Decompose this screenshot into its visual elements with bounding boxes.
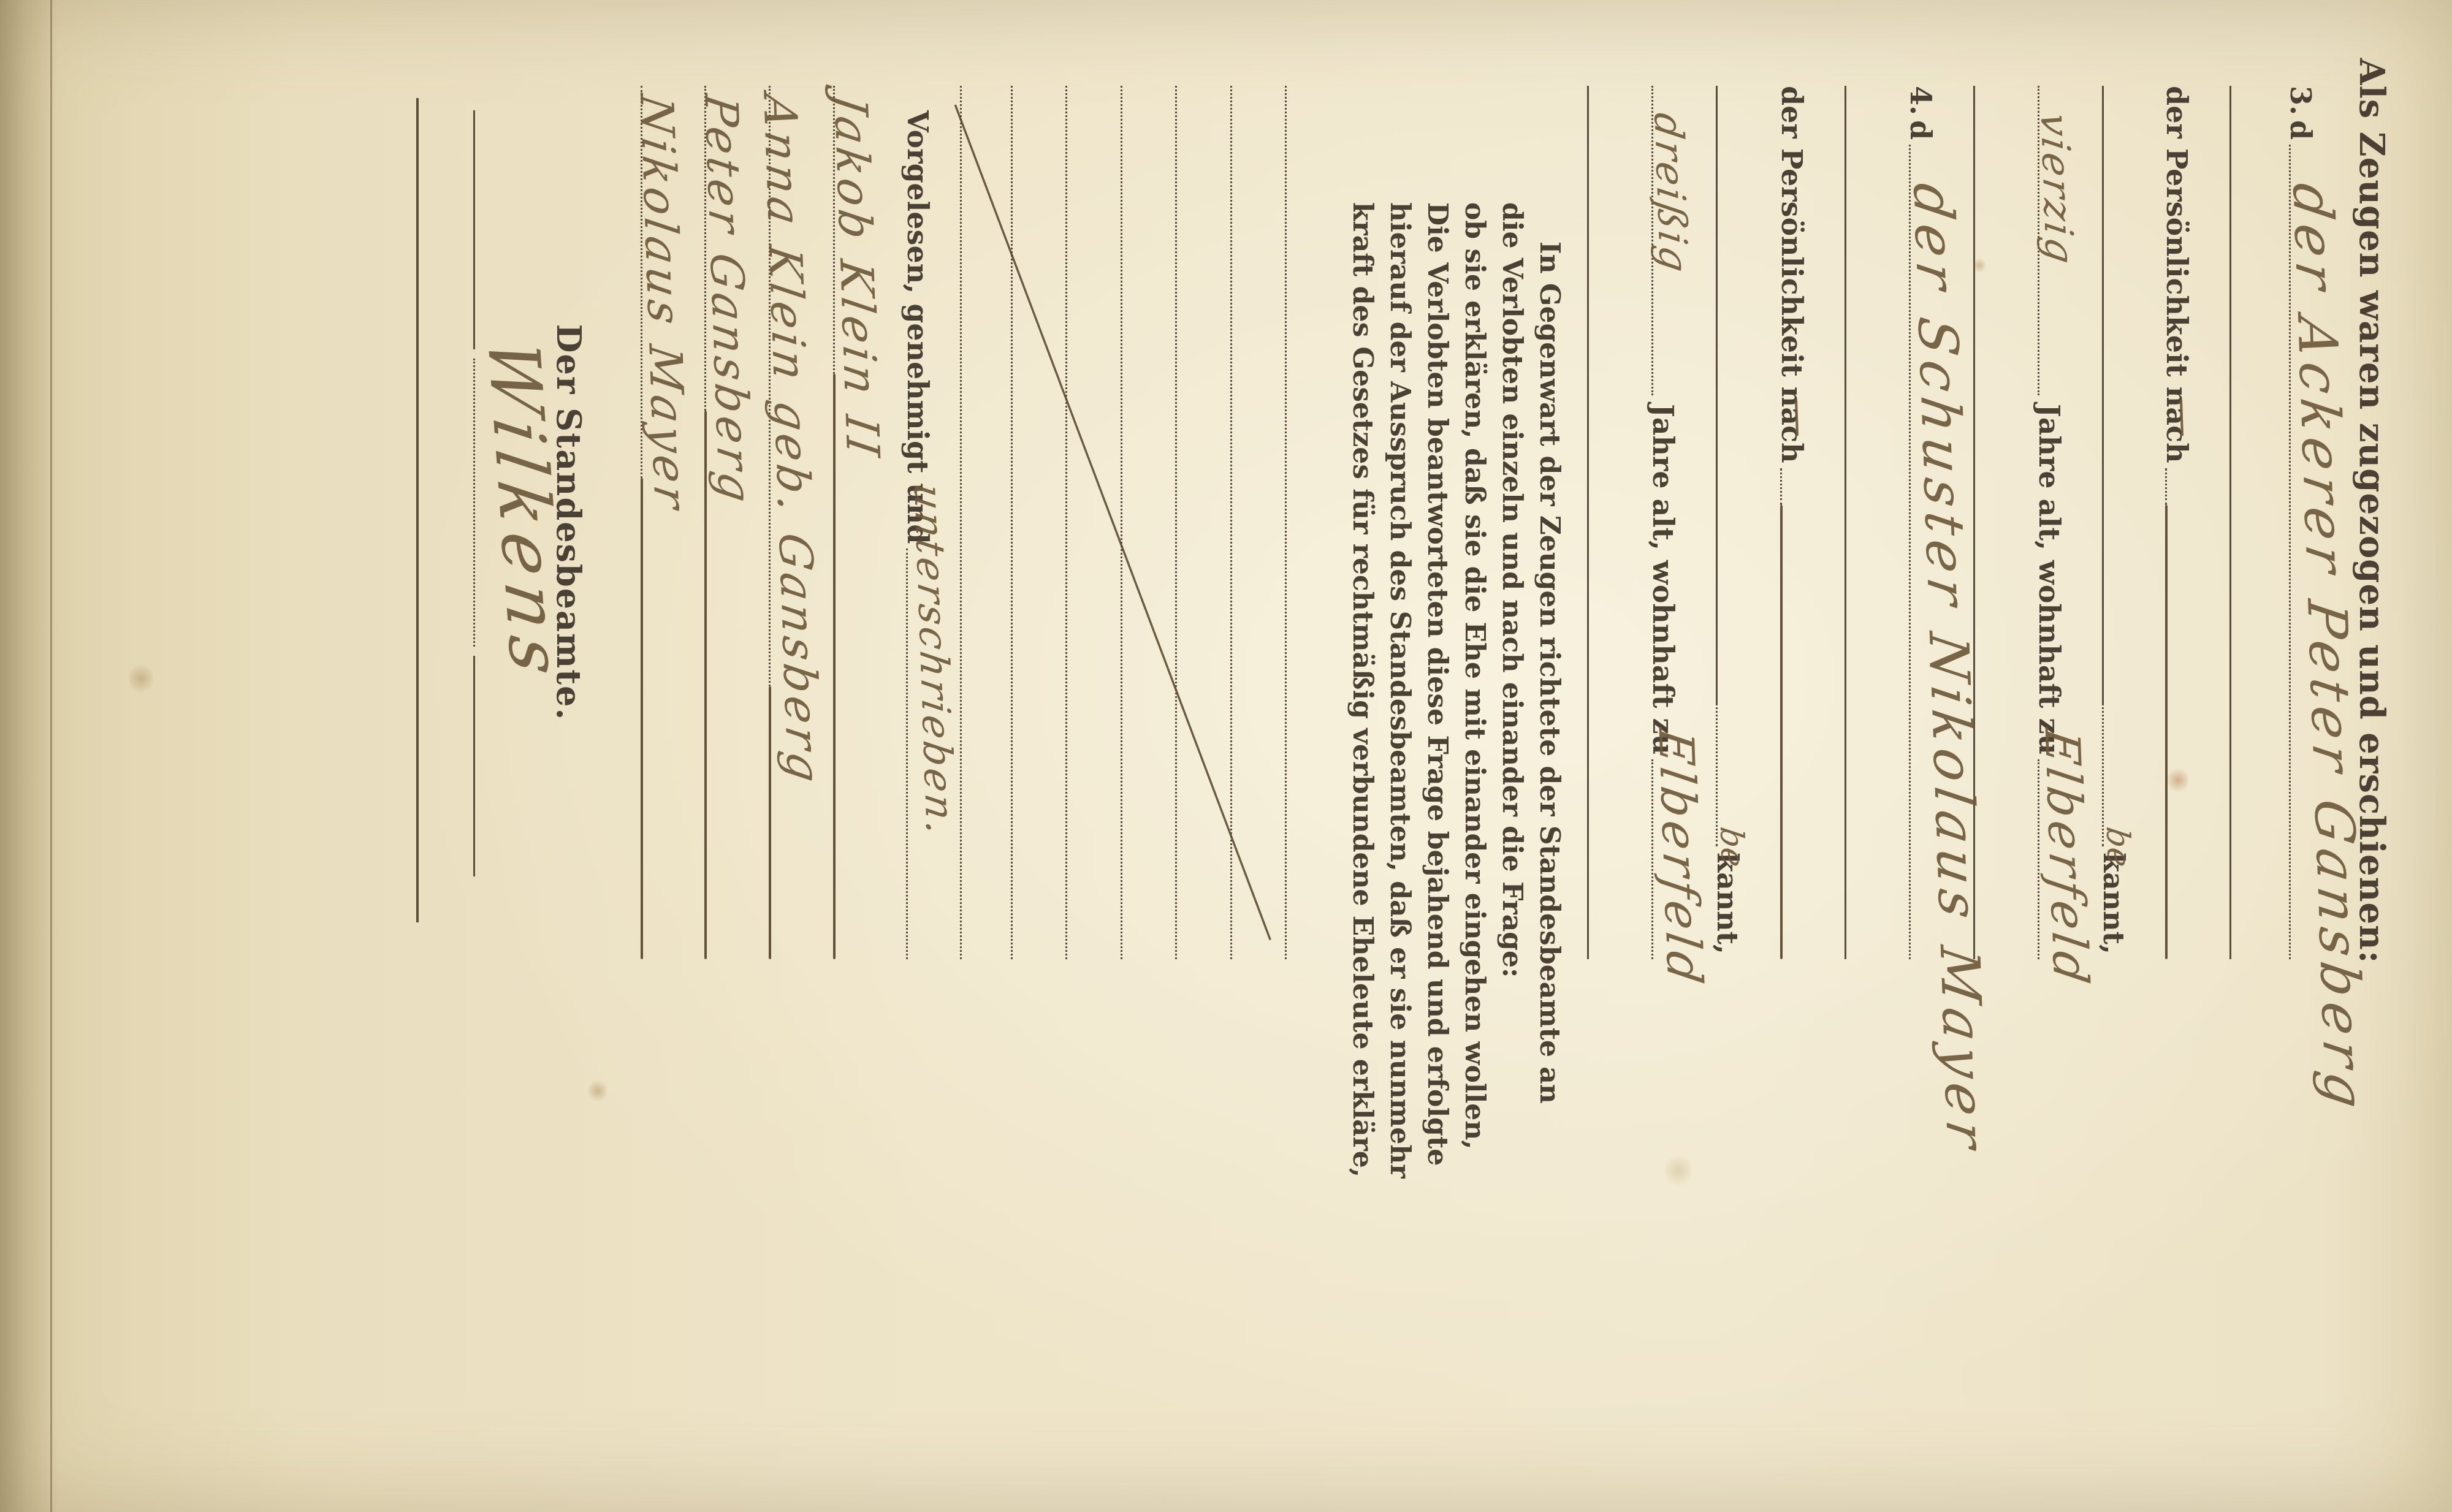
empty-dotted-line — [1173, 86, 1218, 959]
document-page-rotated: Als Zeugen waren zugezogen und erschiene… — [0, 0, 2452, 1512]
solid-rule — [2102, 86, 2104, 703]
witness4-number: 4. — [1906, 86, 1935, 120]
paper-stain — [1665, 1152, 1692, 1189]
witness3-place-handwriting: Elberfeld — [2033, 726, 2098, 990]
witness3-kannt-prefix-handwriting: be — [2099, 825, 2138, 870]
dotted-rule — [1011, 86, 1013, 959]
paper-edge-line — [50, 0, 52, 1512]
dotted-rule — [1230, 86, 1232, 959]
witness4-age-label: Jahre alt, wohnhaft zu — [1649, 395, 1677, 759]
witness3-blank-rule — [2227, 86, 2272, 959]
witness3-age-handwriting: vierzig — [2031, 110, 2082, 269]
witness4-age-handwriting: dreißig — [1645, 110, 1696, 277]
witness4-place-handwriting: Elberfeld — [1647, 726, 1711, 990]
empty-dotted-line — [1118, 86, 1163, 959]
solid-rule — [473, 110, 475, 349]
hand-drawn-rule — [704, 411, 707, 959]
solid-rule — [1716, 86, 1718, 703]
witness4-article: d — [1906, 120, 1935, 145]
witness4-blank-rule — [1842, 86, 1887, 959]
hand-drawn-fill-line — [2165, 505, 2168, 959]
dotted-leader — [1780, 468, 1782, 505]
witness4-kannt-prefix-handwriting: be — [1713, 825, 1751, 870]
dotted-rule — [1175, 86, 1177, 959]
empty-dotted-line — [1228, 86, 1273, 959]
witness3-fill-handwriting: — — [2161, 395, 2208, 443]
witness3-article: d — [2286, 120, 2315, 145]
declaration-line: Die Verlobten beantworteten diese Frage … — [1418, 202, 1456, 999]
witness4-persoenlichkeit-line: der Persönlichkeit nach — [1778, 86, 1823, 959]
dotted-rule — [1121, 86, 1122, 959]
paper-stain — [129, 662, 153, 695]
witness3-age-label: Jahre alt, wohnhaft zu — [2035, 395, 2063, 759]
declaration-paragraph: In Gegenwart der Zeugen richtete der Sta… — [1344, 202, 1568, 999]
empty-dotted-line — [1063, 86, 1108, 959]
solid-rule — [2229, 86, 2231, 959]
dotted-rule — [906, 549, 908, 959]
hand-drawn-rule — [641, 478, 643, 959]
dotted-rule — [1285, 86, 1287, 959]
hand-drawn-rule — [833, 374, 836, 959]
scanned-register-page: Als Zeugen waren zugezogen und erschiene… — [0, 0, 2452, 1512]
bottom-rule — [414, 98, 459, 922]
dotted-leader — [2165, 468, 2167, 505]
hand-drawn-rule — [769, 686, 771, 959]
empty-dotted-line — [1282, 86, 1328, 959]
dotted-rule — [473, 359, 475, 647]
declaration-line: hierauf der Ausspruch des Standesbeamten… — [1381, 202, 1418, 999]
witness4-end-rule — [1585, 86, 1630, 959]
hand-drawn-fill-line — [1780, 505, 1783, 959]
paper-edge-shadow — [0, 0, 58, 1512]
signature-bride: Anna Klein geb. Gansberg — [753, 91, 830, 789]
dotted-rule — [1065, 86, 1067, 959]
declaration-line: kraft des Gesetzes für rechtmäßig verbun… — [1344, 202, 1381, 999]
declaration-line: In Gegenwart der Zeugen richtete der Sta… — [1531, 202, 1568, 999]
registrar-signature-line — [471, 110, 516, 883]
witness3-number: 3. — [2286, 86, 2315, 120]
solid-rule — [416, 98, 419, 922]
witness4-fill-handwriting: — — [1776, 395, 1823, 443]
empty-dotted-line — [1008, 86, 1054, 959]
witness3-persoenlichkeit-line: der Persönlichkeit nach — [2163, 86, 2208, 959]
paper-stain — [588, 1079, 607, 1103]
solid-rule — [1845, 86, 1846, 959]
solid-rule — [473, 656, 475, 876]
solid-rule — [1587, 86, 1589, 959]
declaration-line: ob sie erklären, daß sie die Ehe mit ein… — [1456, 202, 1493, 999]
declaration-line: die Verlobten einzeln und nach einander … — [1493, 202, 1531, 999]
